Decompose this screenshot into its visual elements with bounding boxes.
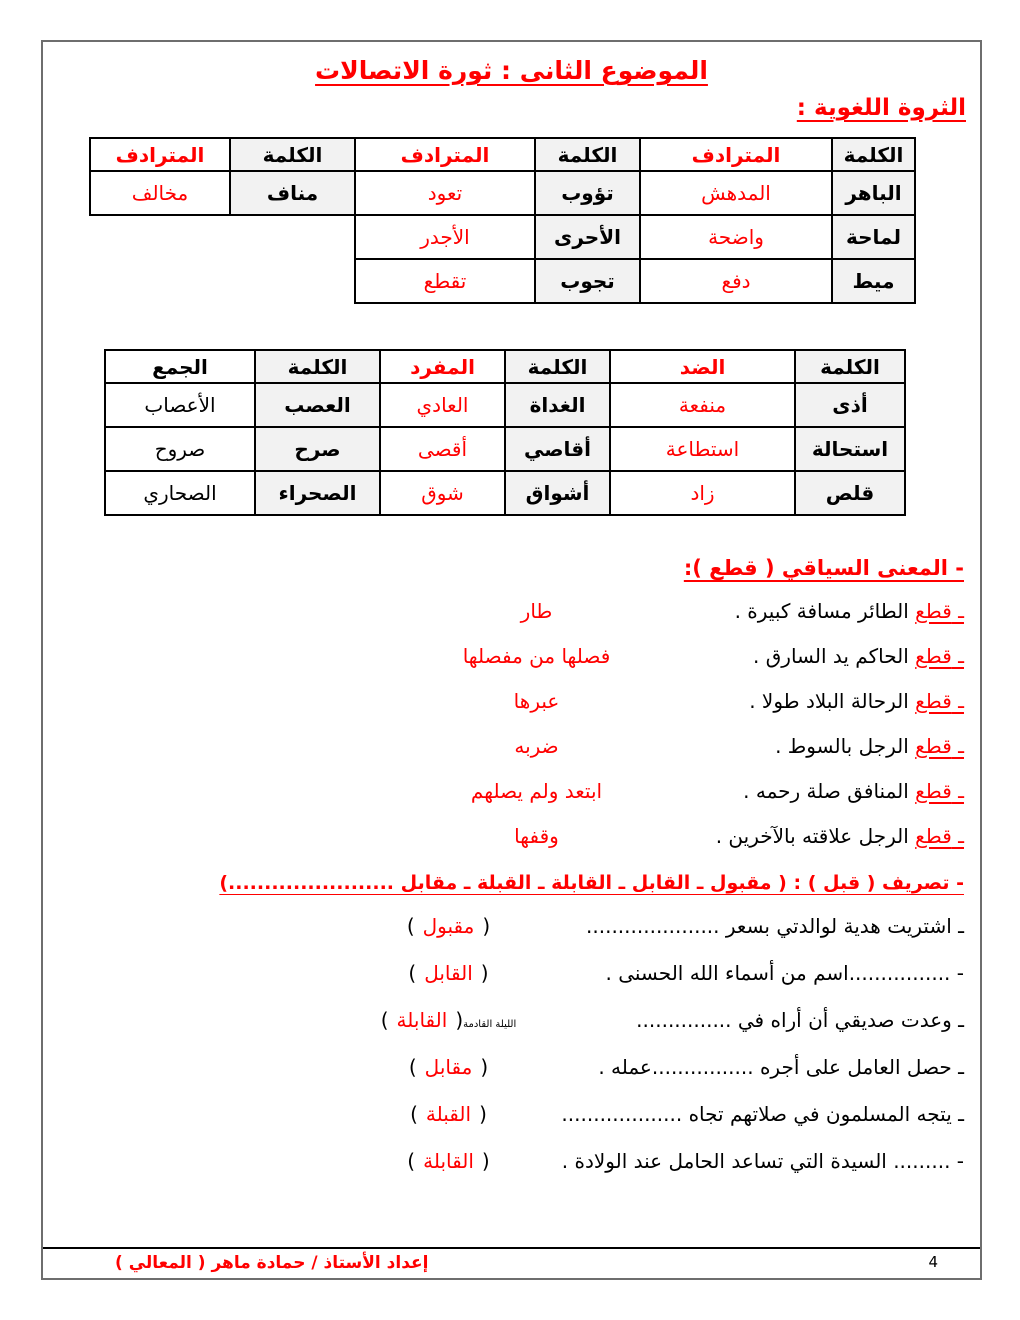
- synonyms-table: الكلمة المترادف الكلمة المترادف الكلمة ا…: [89, 137, 916, 304]
- singular-cell: العادي: [380, 383, 505, 427]
- paren-open: (: [410, 1102, 418, 1126]
- fill-blank-sentence: ـ وعدت صديقي أن أراه في ...............: [536, 1008, 964, 1032]
- word-cell: الباهر: [832, 171, 915, 215]
- answer-word: مقبول: [415, 914, 483, 938]
- antonym-singular-plural-table: الكلمة الضد الكلمة المفرد الكلمة الجمع أ…: [104, 349, 906, 516]
- empty-cell: [90, 259, 355, 303]
- keyword: قطع: [915, 734, 952, 758]
- keyword: قطع: [915, 779, 952, 803]
- word-cell: الغداة: [505, 383, 610, 427]
- column-header: الكلمة: [230, 138, 355, 171]
- antonym-cell: استطاعة: [610, 427, 795, 471]
- sentence-text: الرجل بالسوط .: [775, 734, 915, 758]
- word-cell: لماحة: [832, 215, 915, 259]
- footer-credit: إعداد الأستاذ / حمادة ماهر ( المعالي ): [115, 1253, 428, 1273]
- item-dash: ـ: [952, 689, 964, 713]
- column-header: الكلمة: [795, 350, 905, 383]
- column-header: المترادف: [355, 138, 535, 171]
- answer-group: (القابل): [361, 961, 536, 985]
- word-cell: تجوب: [535, 259, 640, 303]
- word-cell: العصب: [255, 383, 380, 427]
- plural-cell: الصحاري: [105, 471, 255, 515]
- table-row: لماحة واضحة الأحرى الأجدر: [90, 215, 915, 259]
- answer-group: (القابلة)الليلة القادمة: [361, 1008, 536, 1032]
- item-dash: ـ: [952, 644, 964, 668]
- context-sentence: ـ قطع الحاكم يد السارق .: [629, 644, 964, 668]
- context-sentence: ـ قطع الرحالة البلاد طولا .: [629, 689, 964, 713]
- item-dash: ـ: [952, 734, 964, 758]
- item-dash: ـ: [952, 599, 964, 623]
- synonym-cell: تقطع: [355, 259, 535, 303]
- column-header: الكلمة: [832, 138, 915, 171]
- answer-group: (القابلة): [361, 1149, 536, 1173]
- word-cell: أذى: [795, 383, 905, 427]
- page-title: الموضوع الثانى : ثورة الاتصالات: [43, 56, 980, 85]
- context-answer: ضربه: [444, 734, 629, 758]
- fill-blank-sentence: ـ يتجه المسلمون في صلاتهم تجاه .........…: [536, 1102, 964, 1126]
- keyword: قطع: [915, 689, 952, 713]
- fill-blank-sentence: ـ اشتريت هدية لوالدتي بسعر .............…: [536, 914, 964, 938]
- context-item: ـ قطع الرجل بالسوط . ضربه: [43, 723, 964, 768]
- sentence-text: الرحالة البلاد طولا .: [749, 689, 915, 713]
- paren-open: (: [381, 1008, 389, 1032]
- page-frame: الموضوع الثانى : ثورة الاتصالات الثروة ا…: [41, 40, 982, 1280]
- answer-word: القابلة: [415, 1149, 482, 1173]
- fill-blank-sentence: - ................اسم من أسماء الله الحس…: [536, 961, 964, 985]
- paren-open: (: [409, 1055, 417, 1079]
- conjugation-list: ـ اشتريت هدية لوالدتي بسعر .............…: [43, 902, 964, 1184]
- singular-cell: شوق: [380, 471, 505, 515]
- word-cell: صرح: [255, 427, 380, 471]
- word-cell: تؤوب: [535, 171, 640, 215]
- conjugation-item: ـ اشتريت هدية لوالدتي بسعر .............…: [43, 902, 964, 949]
- column-header: المترادف: [640, 138, 832, 171]
- conjugation-item: ـ وعدت صديقي أن أراه في ............... …: [43, 996, 964, 1043]
- table-row: ميط دفع تجوب تقطع: [90, 259, 915, 303]
- context-meaning-heading: - المعنى السياقي ( قطع ):: [684, 556, 964, 580]
- synonym-cell: دفع: [640, 259, 832, 303]
- context-item: ـ قطع الرحالة البلاد طولا . عبرها: [43, 678, 964, 723]
- sentence-text: الطائر مسافة كبيرة .: [735, 599, 916, 623]
- table-row: أذى منفعة الغداة العادي العصب الأعصاب: [105, 383, 905, 427]
- paren-close: ): [455, 1008, 463, 1032]
- context-item: ـ قطع الطائر مسافة كبيرة . طار: [43, 588, 964, 633]
- context-sentence: ـ قطع الرجل بالسوط .: [629, 734, 964, 758]
- column-header: المفرد: [380, 350, 505, 383]
- sentence-text: الحاكم يد السارق .: [753, 644, 915, 668]
- fill-blank-sentence: ـ حصل العامل على أجره ................عم…: [536, 1055, 964, 1079]
- table-row: استحالة استطاعة أقاصي أقصى صرح صروح: [105, 427, 905, 471]
- synonym-cell: واضحة: [640, 215, 832, 259]
- paren-open: (: [407, 914, 415, 938]
- paren-close: ): [482, 914, 490, 938]
- sentence-text: المنافق صلة رحمه .: [743, 779, 915, 803]
- table-header-row: الكلمة المترادف الكلمة المترادف الكلمة ا…: [90, 138, 915, 171]
- column-header: الضد: [610, 350, 795, 383]
- context-item: ـ قطع الحاكم يد السارق . فصلها من مفصلها: [43, 633, 964, 678]
- context-answer: ابتعد ولم يصلهم: [444, 779, 629, 803]
- answer-word: القبلة: [418, 1102, 479, 1126]
- word-cell: أقاصي: [505, 427, 610, 471]
- column-header: الكلمة: [535, 138, 640, 171]
- word-cell: استحالة: [795, 427, 905, 471]
- context-answer: فصلها من مفصلها: [444, 644, 629, 668]
- answer-group: (مقبول): [361, 914, 536, 938]
- page-footer: إعداد الأستاذ / حمادة ماهر ( المعالي ) 4: [43, 1247, 980, 1278]
- context-answer: عبرها: [444, 689, 629, 713]
- context-answer: طار: [444, 599, 629, 623]
- conjugation-item: ـ يتجه المسلمون في صلاتهم تجاه .........…: [43, 1090, 964, 1137]
- fill-blank-sentence: - ......... السيدة التي تساعد الحامل عند…: [536, 1149, 964, 1173]
- word-cell: الصحراء: [255, 471, 380, 515]
- plural-cell: صروح: [105, 427, 255, 471]
- column-header: الكلمة: [505, 350, 610, 383]
- word-cell: الأحرى: [535, 215, 640, 259]
- context-item: ـ قطع المنافق صلة رحمه . ابتعد ولم يصلهم: [43, 768, 964, 813]
- conjugation-item: - ......... السيدة التي تساعد الحامل عند…: [43, 1137, 964, 1184]
- conjugation-heading: - تصريف ( قبل ) : ( مقبول ـ القابل ـ الق…: [219, 872, 964, 894]
- answer-group: (مقابل): [361, 1055, 536, 1079]
- table-row: قلص زاد أشواق شوق الصحراء الصحاري: [105, 471, 905, 515]
- synonym-cell: الأجدر: [355, 215, 535, 259]
- table-header-row: الكلمة الضد الكلمة المفرد الكلمة الجمع: [105, 350, 905, 383]
- answer-group: (القبلة): [361, 1102, 536, 1126]
- antonym-cell: زاد: [610, 471, 795, 515]
- word-cell: ميط: [832, 259, 915, 303]
- vocab-section-heading: الثروة اللغوية :: [797, 95, 966, 121]
- context-item: ـ قطع الرجل علاقته بالآخرين . وقفها: [43, 813, 964, 858]
- keyword: قطع: [915, 644, 952, 668]
- conjugation-item: - ................اسم من أسماء الله الحس…: [43, 949, 964, 996]
- answer-word: مقابل: [417, 1055, 481, 1079]
- empty-cell: [90, 215, 355, 259]
- context-sentence: ـ قطع الطائر مسافة كبيرة .: [629, 599, 964, 623]
- table-row: الباهر المدهش تؤوب تعود مناف مخالف: [90, 171, 915, 215]
- item-dash: ـ: [952, 824, 964, 848]
- keyword: قطع: [915, 599, 952, 623]
- column-header: الجمع: [105, 350, 255, 383]
- word-cell: أشواق: [505, 471, 610, 515]
- paren-close: ): [480, 1055, 488, 1079]
- paren-open: (: [407, 1149, 415, 1173]
- answer-word: القابلة: [389, 1008, 456, 1032]
- paren-close: ): [481, 961, 489, 985]
- plural-cell: الأعصاب: [105, 383, 255, 427]
- column-header: الكلمة: [255, 350, 380, 383]
- singular-cell: أقصى: [380, 427, 505, 471]
- answer-word: القابل: [416, 961, 481, 985]
- synonym-cell: المدهش: [640, 171, 832, 215]
- word-cell: قلص: [795, 471, 905, 515]
- column-header: المترادف: [90, 138, 230, 171]
- conjugation-item: ـ حصل العامل على أجره ................عم…: [43, 1043, 964, 1090]
- context-answer: وقفها: [444, 824, 629, 848]
- item-dash: ـ: [952, 779, 964, 803]
- answer-note: الليلة القادمة: [463, 1019, 516, 1030]
- synonym-cell: تعود: [355, 171, 535, 215]
- context-sentence: ـ قطع الرجل علاقته بالآخرين .: [629, 824, 964, 848]
- page-number: 4: [928, 1253, 938, 1271]
- sentence-text: الرجل علاقته بالآخرين .: [716, 824, 915, 848]
- keyword: قطع: [915, 824, 952, 848]
- paren-close: ): [482, 1149, 490, 1173]
- paren-close: ): [479, 1102, 487, 1126]
- antonym-cell: منفعة: [610, 383, 795, 427]
- context-meaning-list: ـ قطع الطائر مسافة كبيرة . طار ـ قطع الح…: [43, 588, 964, 858]
- word-cell: مناف: [230, 171, 355, 215]
- synonym-cell: مخالف: [90, 171, 230, 215]
- context-sentence: ـ قطع المنافق صلة رحمه .: [629, 779, 964, 803]
